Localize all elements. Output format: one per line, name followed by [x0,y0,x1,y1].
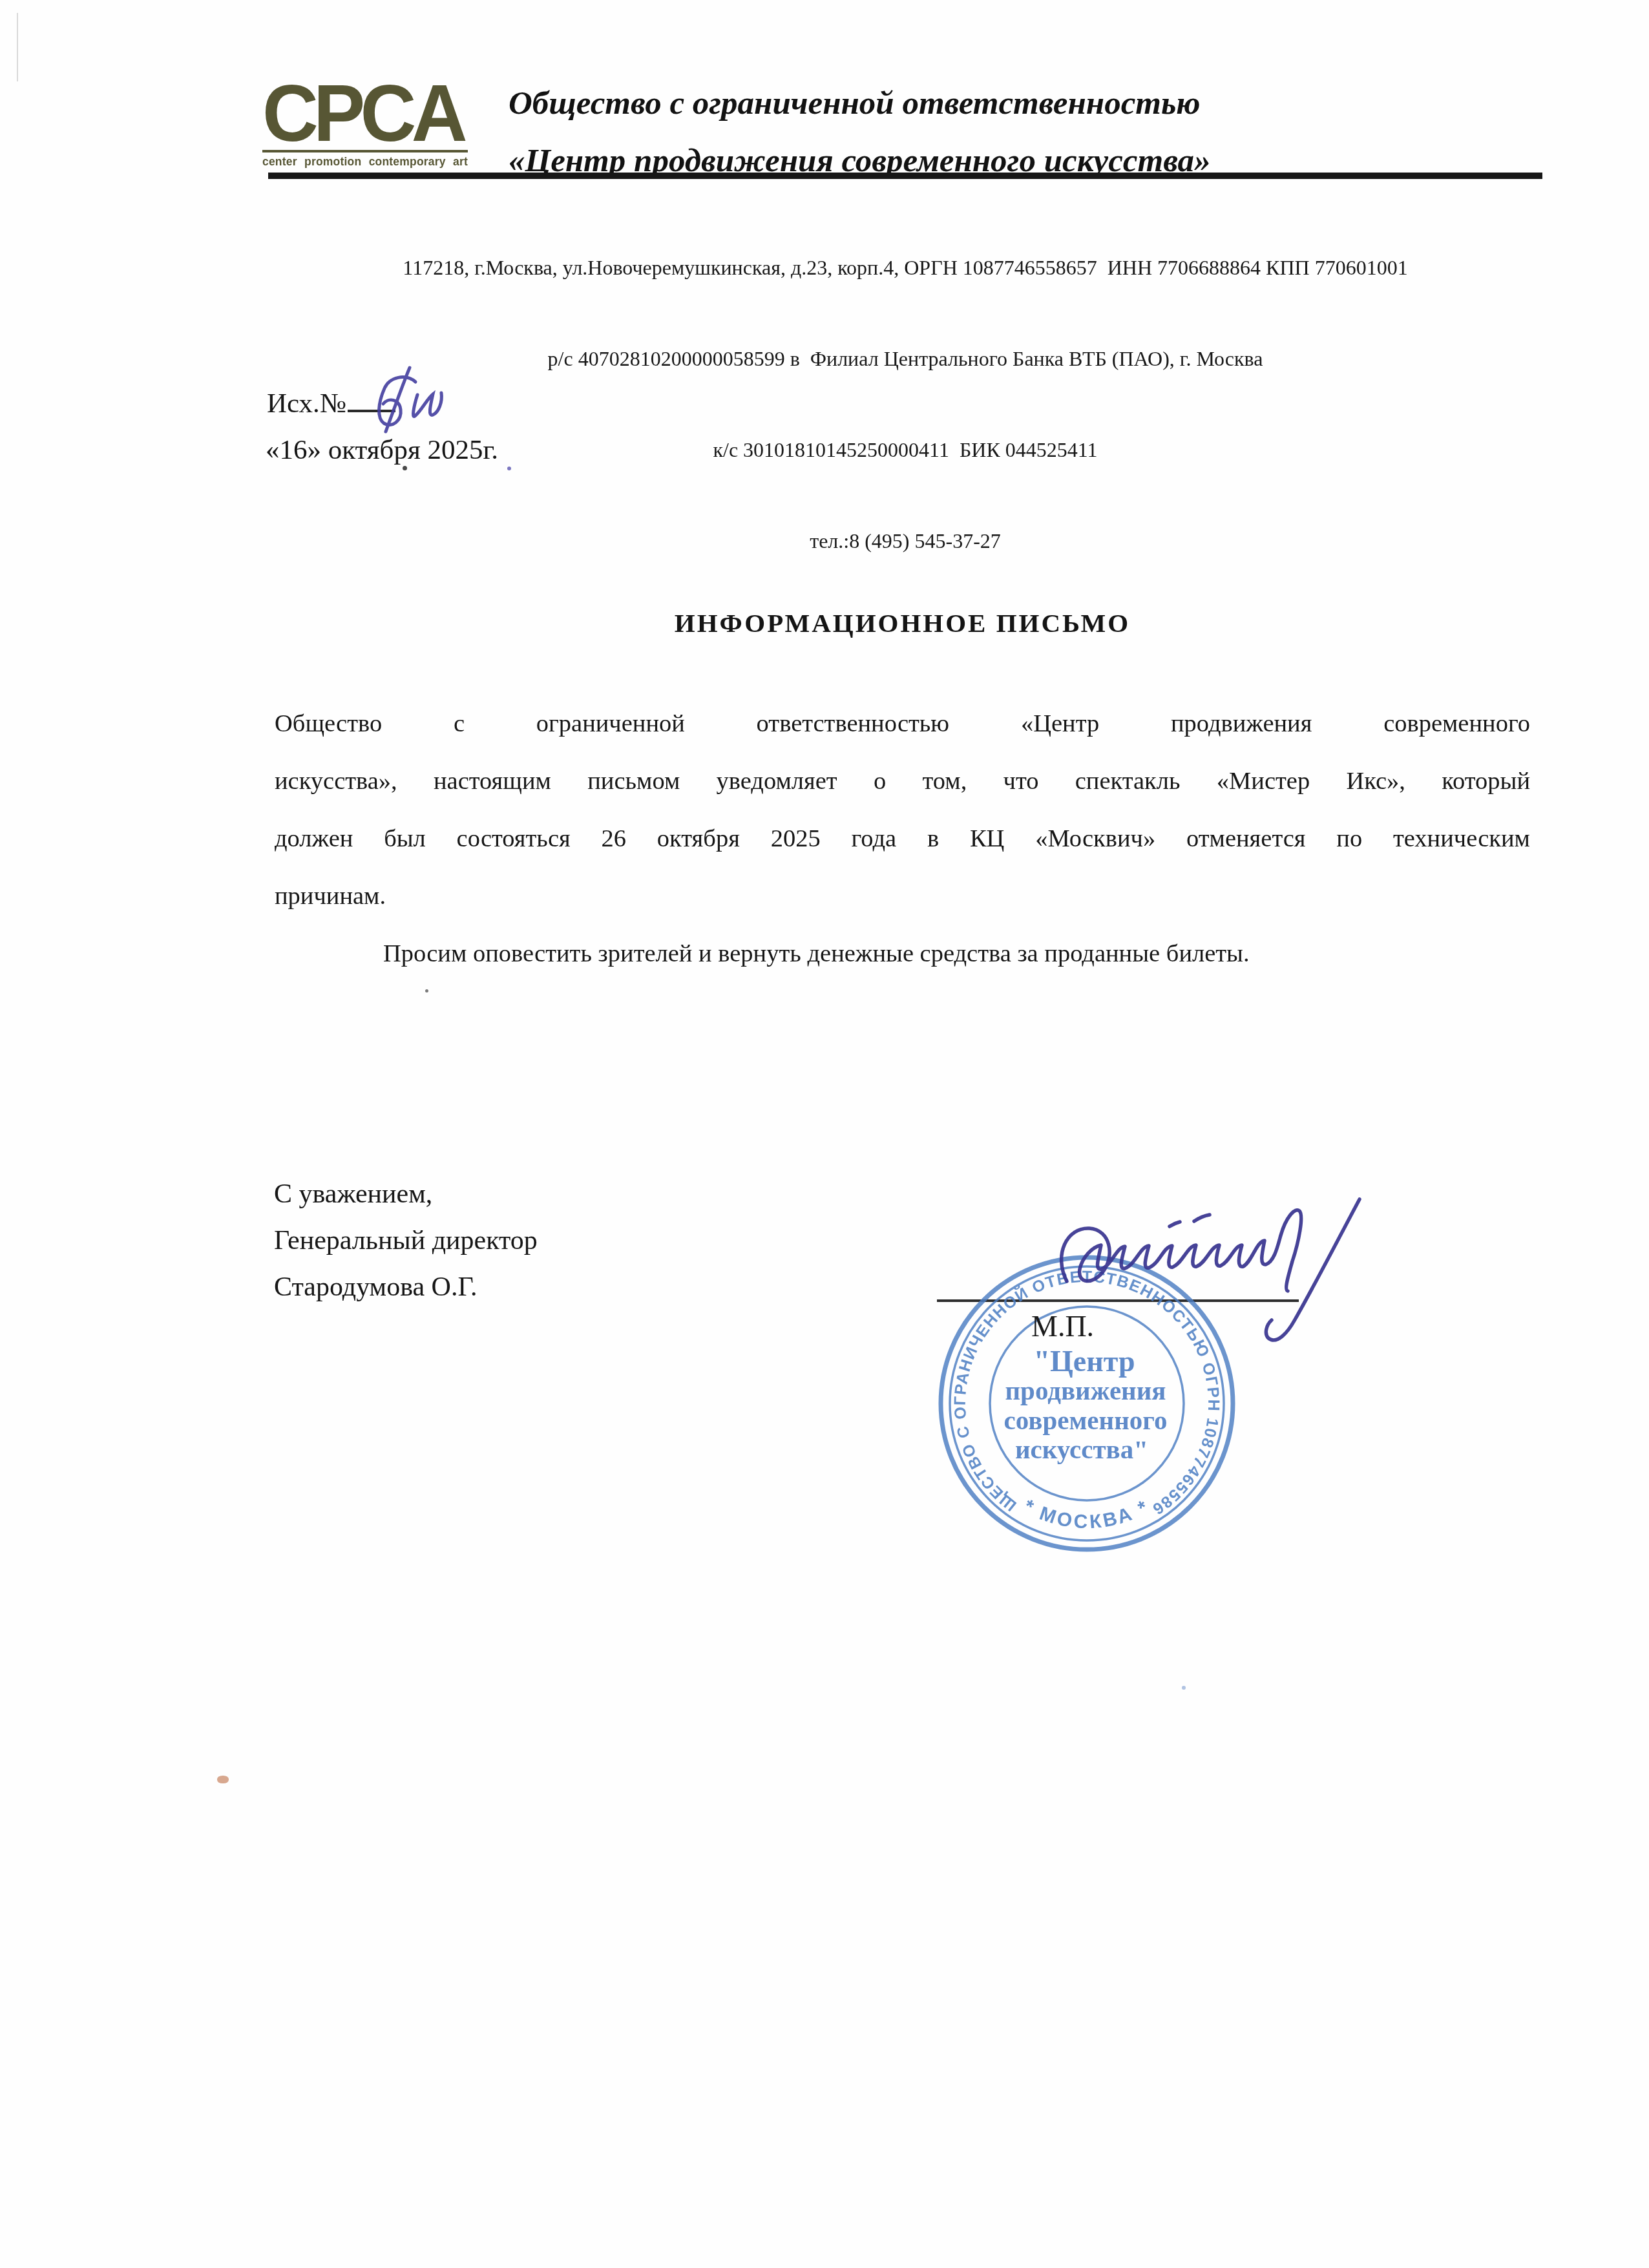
seal-place-label: М.П. [1031,1309,1094,1343]
company-logo: CPCA center promotion contemporary art [262,81,470,169]
scan-artifact [17,13,18,81]
letter-page: CPCA center promotion contemporary art О… [0,0,1649,2268]
stamp-center-line2: продвижения [1005,1376,1166,1405]
body-line: должен был состояться 26 октября 2025 го… [275,810,1530,868]
letter-date: «16» октября 2025г. [266,434,498,466]
body-line: Общество с ограниченной ответственностью… [275,695,1530,753]
closing-line: С уважением, [274,1171,538,1217]
company-name-line1: Общество с ограниченной ответственностью [509,75,1439,132]
stamp-center-line4: искусства" [1015,1434,1148,1464]
company-requisites: 117218, г.Москва, ул.Новочеремушкинская,… [268,192,1542,617]
company-name-line2: «Центр продвижения современного искусств… [509,132,1439,190]
requisites-account: р/с 40702810200000058599 в Филиал Центра… [268,344,1542,374]
logo-acronym: CPCA [262,81,464,146]
director-signature-ink [1062,1199,1360,1340]
scan-artifact [1182,1686,1186,1690]
handwritten-number-ink [368,359,459,443]
signer-name: Стародумова О.Г. [274,1264,538,1310]
letter-body: Общество с ограниченной ответственностью… [275,695,1530,983]
outgoing-number-label: Исх.№ [267,388,346,419]
requisites-phone: тел.:8 (495) 545-37-27 [268,526,1542,556]
scan-artifact [403,466,407,470]
body-line: причинам. [275,868,1530,925]
stamp-center-line1: "Центр [1034,1345,1135,1378]
scan-artifact [507,467,511,470]
scan-artifact [425,989,428,992]
scan-artifact [217,1776,229,1783]
signer-title: Генеральный директор [274,1217,538,1264]
body-line: искусства», настоящим письмом уведомляет… [275,753,1530,810]
stamp-center-line3: современного [1004,1405,1168,1435]
requisites-address: 117218, г.Москва, ул.Новочеремушкинская,… [268,253,1542,283]
letter-title: ИНФОРМАЦИОННОЕ ПИСЬМО [275,607,1530,638]
company-stamp: ОБЩЕСТВО С ОГРАНИЧЕННОЙ ОТВЕТСТВЕННОСТЬЮ… [905,1176,1396,1577]
header-rule [268,173,1542,179]
signature-block: С уважением, Генеральный директор Старод… [274,1171,538,1310]
body-paragraph-2: Просим оповестить зрителей и вернуть ден… [275,925,1530,983]
